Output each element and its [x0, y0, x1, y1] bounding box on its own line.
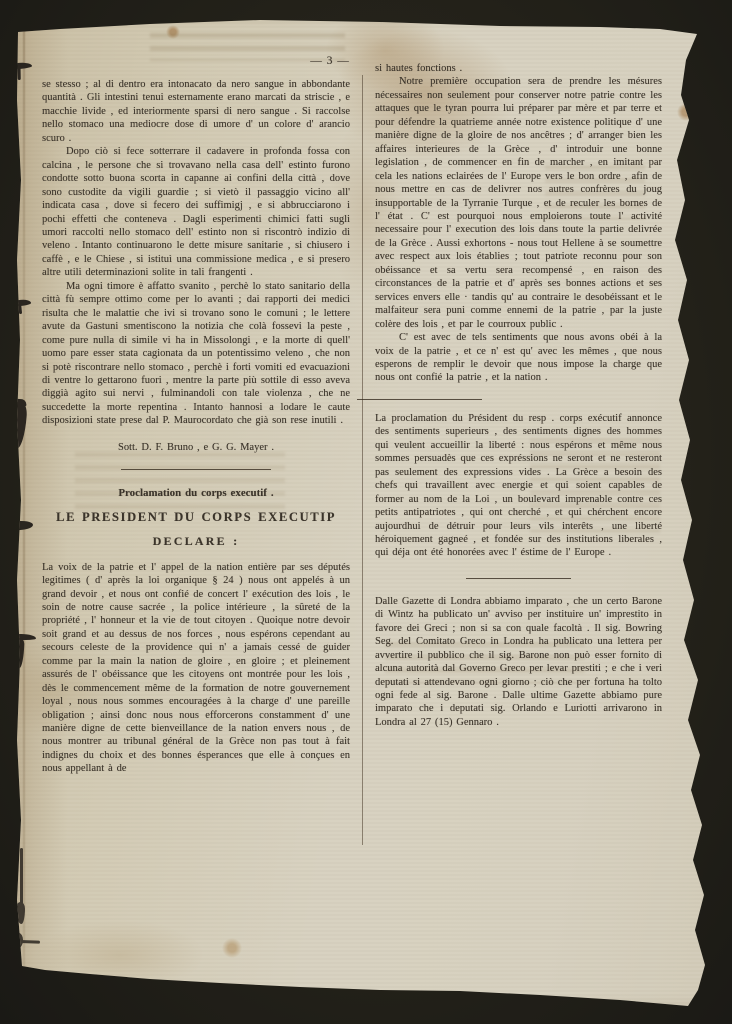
- proclamation-heading: Proclamation du corps executif .: [42, 487, 350, 500]
- newspaper-page: — 3 — se stesso ; al di dentro era inton…: [0, 0, 732, 1024]
- stitch-thread: [0, 939, 40, 943]
- president-heading: LE PRESIDENT DU CORPS EXECUTIP: [42, 511, 350, 524]
- paragraph-commentary: La proclamation du Président du resp . c…: [375, 412, 662, 560]
- paragraph-occupation: Notre première occupation sera de prendr…: [375, 75, 662, 331]
- paragraph-declaration: La voix de la patrie et l' appel de la n…: [42, 561, 350, 776]
- signature-line: Sott. D. F. Bruno , e G. G. Mayer .: [42, 441, 350, 454]
- left-column: se stesso ; al di dentro era intonacato …: [42, 78, 350, 776]
- page-number: — 3 —: [298, 55, 362, 67]
- paragraph-burial: Dopo ciò si fece sotterrare il cadavere …: [42, 145, 350, 280]
- photo-background: — 3 — se stesso ; al di dentro era inton…: [0, 0, 732, 1024]
- paragraph-functions: si hautes fonctions .: [375, 62, 662, 75]
- paragraph-sentiments: C' est avec de tels sentiments que nous …: [375, 331, 662, 385]
- stitch-thread: [20, 848, 23, 908]
- section-rule: [357, 399, 482, 400]
- stitch-thread: [6, 634, 36, 640]
- binding-crease: [23, 30, 25, 966]
- stitch-thread: [9, 299, 32, 307]
- stitch-thread: [11, 401, 27, 450]
- section-rule: [466, 578, 571, 579]
- column-divider-rule: [362, 75, 363, 845]
- declare-heading: DECLARE :: [42, 535, 350, 548]
- right-column: si hautes fonctions . Notre première occ…: [375, 62, 662, 729]
- stitch-thread: [5, 62, 32, 70]
- stitch-thread: [7, 520, 33, 530]
- paragraph-autopsy: se stesso ; al di dentro era intonacato …: [42, 78, 350, 145]
- section-rule: [121, 469, 271, 470]
- paragraph-london-gazette: Dalle Gazette di Londra abbiamo imparato…: [375, 595, 662, 730]
- paragraph-fear-vanished: Ma ogni timore è affatto svanito , perch…: [42, 280, 350, 428]
